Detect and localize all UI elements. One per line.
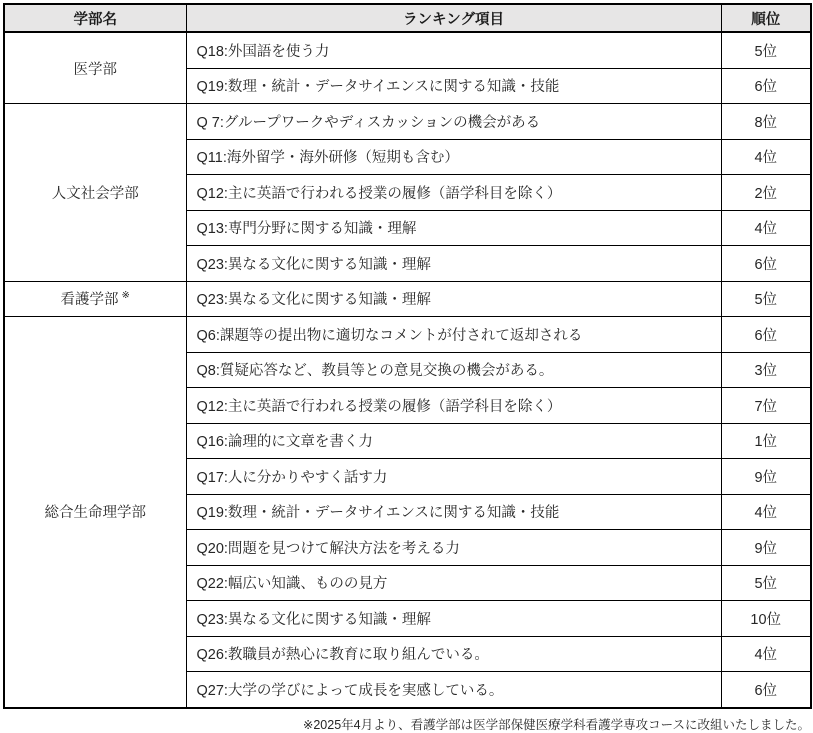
table-body: 医学部Q18:外国語を使う力5位Q19:数理・統計・データサイエンスに関する知識…	[4, 32, 811, 708]
ranking-item-cell: Q19:数理・統計・データサイエンスに関する知識・技能	[186, 68, 721, 104]
table-row: 人文社会学部Q 7:グループワークやディスカッションの機会がある8位	[4, 104, 811, 140]
rank-cell: 7位	[721, 388, 811, 424]
ranking-item-cell: Q23:異なる文化に関する知識・理解	[186, 281, 721, 317]
faculty-name: 総合生命理学部	[45, 505, 147, 521]
ranking-item-cell: Q22:幅広い知識、ものの見方	[186, 565, 721, 601]
rank-cell: 2位	[721, 175, 811, 211]
ranking-item-cell: Q16:論理的に文章を書く力	[186, 423, 721, 459]
ranking-item-cell: Q8:質疑応答など、教員等との意見交換の機会がある。	[186, 352, 721, 388]
rank-cell: 5位	[721, 32, 811, 68]
rank-cell: 4位	[721, 210, 811, 246]
ranking-item-cell: Q12:主に英語で行われる授業の履修（語学科目を除く）	[186, 175, 721, 211]
ranking-item-cell: Q26:教職員が熱心に教育に取り組んでいる。	[186, 636, 721, 672]
ranking-item-cell: Q27:大学の学びによって成長を実感している。	[186, 672, 721, 708]
table-row: 総合生命理学部Q6:課題等の提出物に適切なコメントが付されて返却される6位	[4, 317, 811, 353]
faculty-cell: 人文社会学部	[4, 104, 186, 282]
ranking-item-cell: Q12:主に英語で行われる授業の履修（語学科目を除く）	[186, 388, 721, 424]
ranking-item-cell: Q13:専門分野に関する知識・理解	[186, 210, 721, 246]
header-row: 学部名 ランキング項目 順位	[4, 4, 811, 32]
rank-cell: 3位	[721, 352, 811, 388]
faculty-cell: 医学部	[4, 32, 186, 104]
rank-cell: 6位	[721, 672, 811, 708]
ranking-item-cell: Q20:問題を見つけて解決方法を考える力	[186, 530, 721, 566]
rank-cell: 1位	[721, 423, 811, 459]
ranking-item-cell: Q23:異なる文化に関する知識・理解	[186, 246, 721, 282]
footnote: ※2025年4月より、看護学部は医学部保健医療学科看護学専攻コースに改組いたしま…	[3, 715, 812, 733]
rank-cell: 6位	[721, 68, 811, 104]
ranking-item-cell: Q 7:グループワークやディスカッションの機会がある	[186, 104, 721, 140]
rank-cell: 9位	[721, 459, 811, 495]
rank-cell: 4位	[721, 636, 811, 672]
rank-cell: 4位	[721, 494, 811, 530]
faculty-ranking-table: 学部名 ランキング項目 順位 医学部Q18:外国語を使う力5位Q19:数理・統計…	[3, 3, 812, 709]
header-faculty: 学部名	[4, 4, 186, 32]
faculty-cell: 総合生命理学部	[4, 317, 186, 708]
rank-cell: 5位	[721, 565, 811, 601]
rank-cell: 10位	[721, 601, 811, 637]
ranking-item-cell: Q17:人に分かりやすく話す力	[186, 459, 721, 495]
table-row: 看護学部※Q23:異なる文化に関する知識・理解5位	[4, 281, 811, 317]
table-row: 医学部Q18:外国語を使う力5位	[4, 32, 811, 68]
ranking-item-cell: Q19:数理・統計・データサイエンスに関する知識・技能	[186, 494, 721, 530]
faculty-cell: 看護学部※	[4, 281, 186, 317]
header-ranking-item: ランキング項目	[186, 4, 721, 32]
rank-cell: 5位	[721, 281, 811, 317]
faculty-name: 医学部	[74, 62, 118, 78]
ranking-item-cell: Q18:外国語を使う力	[186, 32, 721, 68]
ranking-item-cell: Q23:異なる文化に関する知識・理解	[186, 601, 721, 637]
header-rank: 順位	[721, 4, 811, 32]
rank-cell: 4位	[721, 139, 811, 175]
rank-cell: 6位	[721, 246, 811, 282]
footnote-mark: ※	[122, 290, 130, 301]
ranking-item-cell: Q6:課題等の提出物に適切なコメントが付されて返却される	[186, 317, 721, 353]
rank-cell: 6位	[721, 317, 811, 353]
ranking-item-cell: Q11:海外留学・海外研修（短期も含む）	[186, 139, 721, 175]
rank-cell: 9位	[721, 530, 811, 566]
faculty-name: 人文社会学部	[52, 186, 139, 202]
table-header: 学部名 ランキング項目 順位	[4, 4, 811, 32]
faculty-name: 看護学部	[61, 292, 119, 308]
rank-cell: 8位	[721, 104, 811, 140]
